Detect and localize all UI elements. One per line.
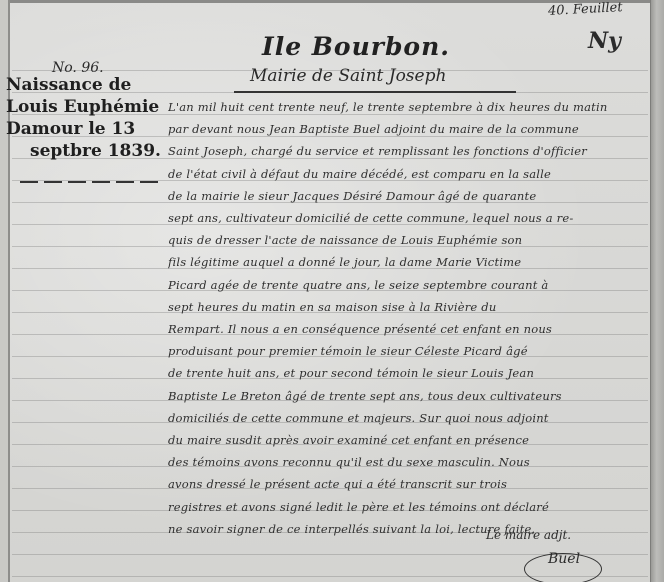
body-line: Baptiste Le Breton âgé de trente sept an… xyxy=(168,385,648,407)
record-body: L'an mil huit cent trente neuf, le trent… xyxy=(168,96,648,540)
body-line: Rempart. Il nous a en conséquence présen… xyxy=(168,318,648,340)
body-line: de l'état civil à défaut du maire décédé… xyxy=(168,163,648,185)
margin-note-underline xyxy=(20,181,160,183)
folio-note: 40. Feuillet xyxy=(548,0,623,19)
body-line: ne savoir signer de ce interpellés suiva… xyxy=(168,518,648,540)
body-line: de la mairie le sieur Jacques Désiré Dam… xyxy=(168,185,648,207)
body-line: des témoins avons reconnu qu'il est du s… xyxy=(168,451,648,473)
page-title: Ile Bourbon. xyxy=(262,32,450,61)
margin-note-line: Louis Euphémie xyxy=(6,96,156,118)
body-line: du maire susdit après avoir examiné cet … xyxy=(168,429,648,451)
page-subtitle: Mairie de Saint Joseph xyxy=(250,66,446,86)
body-line: quis de dresser l'acte de naissance de L… xyxy=(168,229,648,251)
body-line: Picard agée de trente quatre ans, le sei… xyxy=(168,274,648,296)
body-line: fils légitime auquel a donné le jour, la… xyxy=(168,251,648,273)
margin-note-line: Damour le 13 xyxy=(6,118,156,140)
book-binding-edge xyxy=(650,0,664,582)
document-page: 40. Feuillet Ny Ile Bourbon. Mairie de S… xyxy=(0,0,664,582)
signature: Buel xyxy=(548,551,580,567)
margin-note-line: Naissance de xyxy=(6,74,156,96)
body-line: registres et avons signé ledit le père e… xyxy=(168,496,648,518)
body-line: sept heures du matin en sa maison sise à… xyxy=(168,296,648,318)
body-line: par devant nous Jean Baptiste Buel adjoi… xyxy=(168,118,648,140)
body-line: L'an mil huit cent trente neuf, le trent… xyxy=(168,96,648,118)
body-line: de trente huit ans, et pour second témoi… xyxy=(168,362,648,384)
body-line: sept ans, cultivateur domicilié de cette… xyxy=(168,207,648,229)
body-line: produisant pour premier témoin le sieur … xyxy=(168,340,648,362)
signature-label: Le maire adjt. xyxy=(486,528,571,542)
margin-note-line: septbre 1839. xyxy=(6,140,156,162)
body-line: domiciliés de cette commune et majeurs. … xyxy=(168,407,648,429)
folio-mark: Ny xyxy=(588,28,621,54)
body-line: avons dressé le présent acte qui a été t… xyxy=(168,473,648,495)
body-line: Saint Joseph, chargé du service et rempl… xyxy=(168,140,648,162)
margin-note: Naissance de Louis Euphémie Damour le 13… xyxy=(6,74,156,162)
subtitle-underline xyxy=(234,91,516,93)
